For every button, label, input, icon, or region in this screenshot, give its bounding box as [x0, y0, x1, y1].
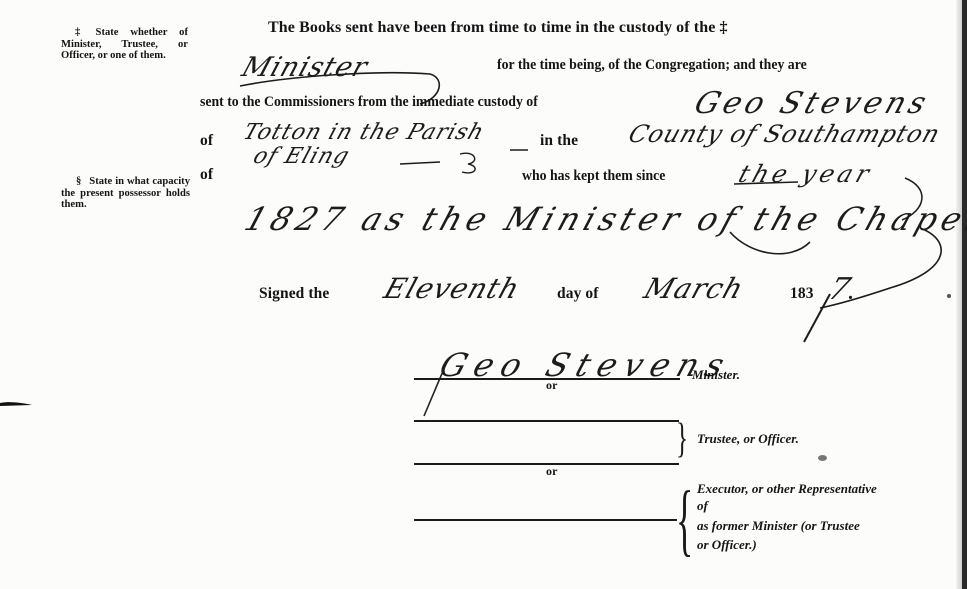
form-line-2: for the time being, of the Congregation;… [497, 57, 807, 74]
form-of-label-1: of [200, 132, 213, 150]
signature-stroke [410, 360, 470, 420]
margin-note-custody: ‡State whether of Minister, Trustee, or … [61, 27, 188, 62]
signed-the-label: Signed the [259, 285, 329, 303]
handwritten-day: Eleventh [380, 272, 524, 305]
handwritten-parish: of Eling [250, 144, 353, 169]
form-line-1: The Books sent have been from time to ti… [268, 19, 728, 37]
handwritten-custodian-name: Geo Stevens [690, 86, 934, 121]
handwriting-dash [380, 140, 540, 180]
margin-note-capacity: §State in what capacity the present poss… [61, 176, 190, 211]
ink-mark-left [0, 398, 40, 410]
handwriting-flourish-chapel [560, 210, 960, 330]
form-line-5: who has kept them since [522, 168, 665, 185]
trustee-label: Trustee, or Officer. [697, 431, 799, 447]
ink-blot [818, 455, 827, 461]
handwritten-month: March [640, 272, 748, 305]
executor-brace: { [676, 478, 693, 562]
day-of-label: day of [557, 285, 599, 303]
ink-speck [947, 294, 951, 298]
form-line-3: sent to the Commissioners from the immed… [200, 94, 538, 111]
executor-label-line-3: as former Minister (or Trustee [697, 518, 860, 534]
form-of-label-2: of [200, 166, 213, 184]
year-flourish [790, 290, 850, 350]
or-separator-1: or [546, 378, 558, 393]
or-separator-2: or [546, 464, 558, 479]
minister-label: Minister. [692, 367, 740, 383]
trustee-brace: } [676, 414, 688, 464]
executor-label-line-4: or Officer.) [697, 537, 757, 553]
section-sign-icon: § [76, 176, 81, 187]
trustee-signature-line-1 [414, 420, 679, 422]
executor-label-line-1: Executor, or other Representative [697, 481, 877, 497]
form-in-the-label: in the [540, 132, 578, 150]
page-edge-border [962, 0, 967, 589]
executor-signature-line [414, 519, 677, 521]
executor-label-line-2: of [697, 498, 708, 514]
handwritten-county: County of Southampton [625, 120, 944, 148]
double-dagger-icon: ‡ [75, 27, 90, 38]
document-page: ‡State whether of Minister, Trustee, or … [0, 0, 967, 589]
